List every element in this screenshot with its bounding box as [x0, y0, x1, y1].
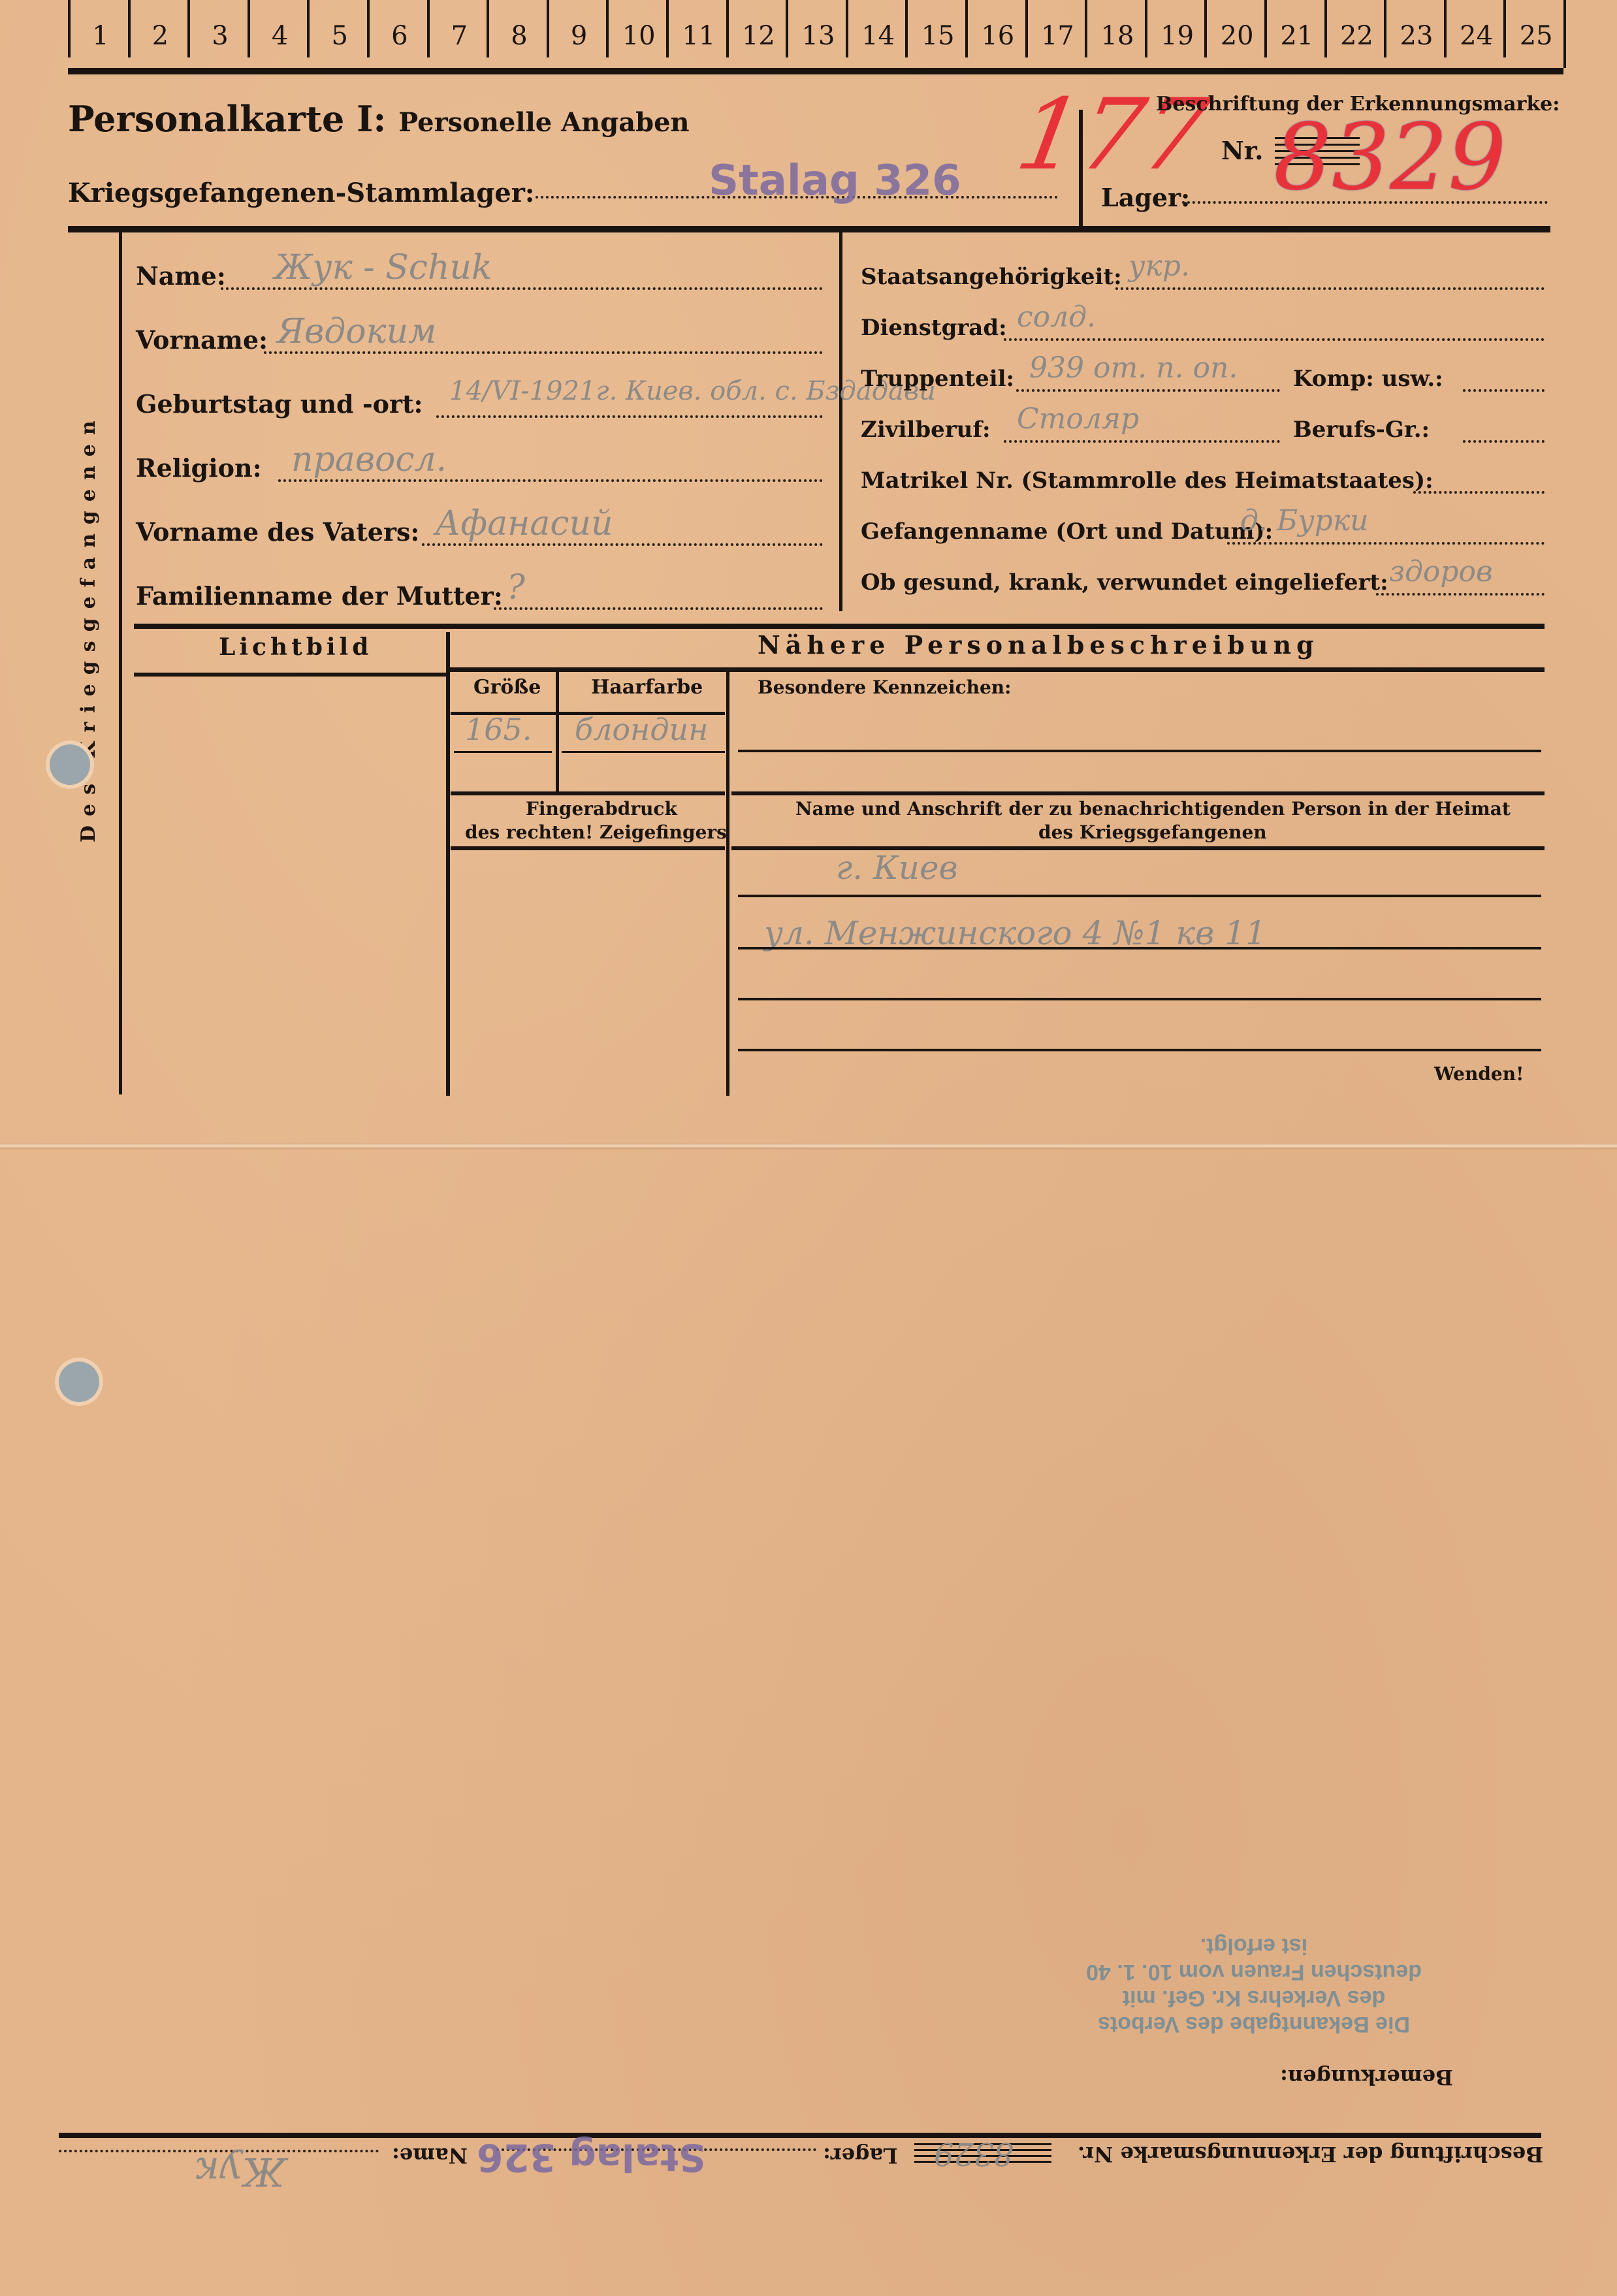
- description-title: Nähere Personalbeschreibung: [758, 630, 1319, 660]
- fingerprint-label-2: des rechten! Zeigefingers: [465, 821, 727, 843]
- strip-cell: 11: [666, 0, 729, 57]
- right-field-value: 939 от. п. оп.: [1029, 351, 1238, 385]
- left-field-label: Vorname:: [136, 325, 268, 355]
- strip-cell: 24: [1444, 0, 1507, 57]
- strip-right-border: [1563, 0, 1566, 68]
- strip-cell: 17: [1025, 0, 1088, 57]
- strip-cell: 7: [427, 0, 490, 57]
- strip-cell: 16: [965, 0, 1028, 57]
- right-field-value: д. Бурки: [1240, 504, 1369, 537]
- left-field-line: [278, 479, 823, 482]
- punch-hole-lower: [59, 1362, 99, 1402]
- left-field-value: Явдоким: [277, 312, 436, 351]
- strip-cell: 2: [128, 0, 191, 57]
- photo-label-rule: [134, 673, 447, 677]
- left-field-label: Name:: [136, 261, 226, 291]
- strip-cell: 22: [1324, 0, 1387, 57]
- stammlager-stamp: Stalag 326: [709, 157, 961, 205]
- strip-bottom-rule: [68, 68, 1563, 74]
- right-field-line: [1016, 389, 1280, 392]
- height-value-rule: [454, 751, 552, 753]
- right-field-label: Zivilberuf:: [861, 417, 991, 443]
- nr-label: Nr.: [1221, 136, 1264, 165]
- hair-label: Haarfarbe: [591, 676, 703, 699]
- contact-rule-4: [738, 1049, 1541, 1051]
- right-field-line: [1227, 542, 1545, 545]
- photo-label: Lichtbild: [219, 633, 372, 661]
- strip-cell: 23: [1384, 0, 1447, 57]
- left-field-label: Vorname des Vaters:: [136, 517, 419, 547]
- strip-cell: 5: [307, 0, 370, 57]
- header-bottom-rule: [68, 226, 1550, 232]
- fingerprint-top-rule: [451, 791, 725, 795]
- left-field-value: Афанасий: [435, 504, 613, 543]
- right-field-value: здоров: [1389, 555, 1493, 588]
- hair-value-rule: [562, 751, 725, 753]
- strip-cell: 8: [487, 0, 549, 57]
- info-bottom-rule: [134, 624, 1545, 629]
- right-field-value: солд.: [1017, 300, 1096, 334]
- strip-cell: 12: [726, 0, 789, 57]
- right-field-line: [1115, 287, 1545, 290]
- height-hair-divider: [556, 671, 559, 792]
- left-field-line: [436, 415, 823, 418]
- stamp-line-3: deutschen Frauen vom 10. 1. 40: [1058, 1959, 1450, 1985]
- contact-rule-1: [738, 895, 1541, 897]
- left-field-line: [221, 287, 823, 290]
- right-field-label: Matrikel Nr. (Stammrolle des Heimatstaat…: [861, 468, 1433, 494]
- strip-cell: 3: [187, 0, 250, 57]
- strip-cell: 14: [846, 0, 908, 57]
- left-field-value: правосл.: [291, 440, 447, 479]
- left-field-label: Religion:: [136, 453, 262, 483]
- footer-rule: [59, 2133, 1541, 2138]
- remarks-label: Bemerkungen:: [1280, 2065, 1453, 2090]
- right-field-line: [1376, 593, 1545, 596]
- right-field-extra-label: Berufs-Gr.:: [1293, 417, 1430, 443]
- marks-line-1: [738, 750, 1541, 752]
- strip-cell: 6: [367, 0, 430, 57]
- measurements-right-divider: [726, 671, 729, 1096]
- contact-top-rule: [731, 791, 1545, 795]
- fingerprint-label-1: Fingerabdruck: [526, 798, 677, 820]
- left-field-value: Жук - Schuk: [274, 248, 492, 287]
- marks-label: Besondere Kennzeichen:: [758, 677, 1012, 698]
- footer-name-value: Жук: [196, 2148, 286, 2194]
- contact-line-1: г. Киев: [836, 849, 958, 887]
- punch-hole-upper: [50, 744, 90, 785]
- info-column-divider: [839, 232, 842, 611]
- left-field-label: Familienname der Mutter:: [136, 581, 503, 611]
- footer-stamp: Stalag 326: [477, 2135, 705, 2180]
- nr-value: 8329: [1273, 104, 1506, 211]
- strip-cell: 13: [786, 0, 848, 57]
- prohibition-stamp: Die Bekanntgabe des Verbots des Verkehrs…: [1058, 1933, 1450, 2037]
- strip-cell: 21: [1264, 0, 1327, 57]
- footer-nr-value: 8329: [934, 2135, 1014, 2172]
- right-field-line: [1413, 491, 1545, 494]
- left-field-line: [494, 607, 823, 610]
- right-field-value: Столяр: [1017, 402, 1139, 436]
- stamp-line-1: Die Bekanntgabe des Verbots: [1058, 2011, 1450, 2037]
- height-value: 165.: [465, 712, 532, 747]
- right-field-extra-label: Komp: usw.:: [1293, 366, 1443, 392]
- strip-cell: 18: [1085, 0, 1147, 57]
- contact-rule-3: [738, 998, 1541, 1000]
- stammlager-label: Kriegsgefangenen-Stammlager:: [68, 178, 535, 208]
- contact-label-1: Name und Anschrift der zu benachrichtige…: [795, 798, 1511, 820]
- right-field-extra-line: [1463, 389, 1545, 392]
- hair-value: блондин: [575, 712, 708, 747]
- stamp-line-2: des Verkehrs Kr. Gef. mit: [1058, 1985, 1450, 2011]
- height-label: Größe: [473, 676, 541, 699]
- contact-label-2: des Kriegsgefangenen: [1038, 821, 1267, 843]
- footer-lager-label: Lager:: [823, 2143, 898, 2168]
- strip-cell: 19: [1145, 0, 1208, 57]
- strip-cell: 10: [606, 0, 669, 57]
- number-strip: 1234567891011121314151617181920212223242…: [68, 0, 1563, 72]
- strip-cell: 4: [248, 0, 310, 57]
- photo-divider: [446, 632, 450, 1096]
- lager-label: Lager:: [1101, 183, 1190, 212]
- contact-rule-2: [738, 947, 1541, 949]
- right-field-label: Truppenteil:: [861, 366, 1014, 392]
- right-field-label: Gefangenname (Ort und Datum):: [861, 518, 1273, 545]
- right-field-label: Dienstgrad:: [861, 315, 1007, 341]
- footer-name-label: Name:: [392, 2143, 468, 2168]
- description-title-rule: [450, 667, 1545, 672]
- strip-cell: 1: [68, 0, 131, 57]
- card-title: Personalkarte I: Personelle Angaben: [68, 98, 690, 140]
- card-subtitle: Personelle Angaben: [398, 107, 690, 138]
- stamp-line-4: ist erfolgt.: [1058, 1933, 1450, 1959]
- side-divider: [119, 232, 122, 1094]
- left-field-value: ?: [507, 568, 525, 607]
- right-field-label: Ob gesund, krank, verwundet eingeliefert…: [861, 569, 1388, 596]
- header-divider: [1079, 110, 1083, 227]
- right-field-line: [1004, 440, 1280, 443]
- strip-cell: 25: [1503, 0, 1566, 57]
- strip-cell: 9: [547, 0, 609, 57]
- strip-cell: 15: [905, 0, 968, 57]
- left-field-line: [422, 543, 823, 546]
- fold-crease: [0, 1143, 1617, 1149]
- right-field-line: [1004, 338, 1545, 341]
- right-field-value: укр.: [1129, 249, 1190, 283]
- strip-cell: 20: [1204, 0, 1267, 57]
- footer-erkennungsmarke-label: Beschriftung der Erkennungsmarke Nr.: [1078, 2142, 1543, 2167]
- right-field-extra-line: [1463, 440, 1545, 443]
- fingerprint-bottom-rule: [451, 846, 725, 850]
- right-field-label: Staatsangehörigkeit:: [861, 264, 1122, 290]
- lager-line: [1182, 201, 1548, 204]
- left-field-label: Geburtstag und -ort:: [136, 389, 423, 419]
- left-field-line: [264, 351, 823, 354]
- turn-over-label: Wenden!: [1434, 1063, 1524, 1085]
